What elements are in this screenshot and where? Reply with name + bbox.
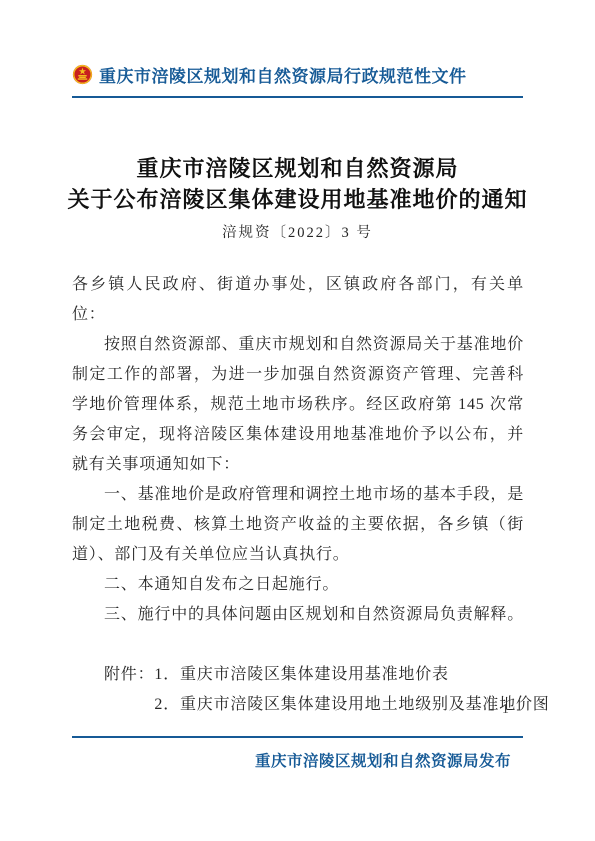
footer-publisher: 重庆市涪陵区规划和自然资源局发布: [255, 749, 511, 771]
document-title-line1: 重庆市涪陵区规划和自然资源局: [30, 153, 565, 184]
header-banner-title: 重庆市涪陵区规划和自然资源局行政规范性文件: [99, 62, 467, 87]
paragraph: 三、施行中的具体问题由区规划和自然资源局负责解释。: [72, 600, 524, 630]
document-title-line2: 关于公布涪陵区集体建设用地基准地价的通知: [30, 184, 565, 215]
header-banner: 重庆市涪陵区规划和自然资源局行政规范性文件: [72, 62, 523, 98]
page-number: - 1 -: [490, 702, 523, 718]
attachment-item: 1．重庆市涪陵区集体建设用基准地价表: [154, 660, 549, 690]
paragraph: 一、基准地价是政府管理和调控土地市场的基本手段，是制定土地税费、核算土地资产收益…: [72, 480, 524, 570]
attachments-block: 附件： 1．重庆市涪陵区集体建设用基准地价表 2．重庆市涪陵区集体建设用地土地级…: [104, 660, 524, 720]
salutation-line: 各乡镇人民政府、街道办事处，区镇政府各部门，有关单位：: [72, 270, 524, 330]
paragraph: 按照自然资源部、重庆市规划和自然资源局关于基准地价制定工作的部署，为进一步加强自…: [72, 330, 524, 480]
document-title: 重庆市涪陵区规划和自然资源局 关于公布涪陵区集体建设用地基准地价的通知: [30, 153, 565, 215]
attachments-label: 附件：: [104, 660, 154, 690]
document-number: 涪规资〔2022〕3 号: [0, 221, 595, 242]
document-body: 各乡镇人民政府、街道办事处，区镇政府各部门，有关单位： 按照自然资源部、重庆市规…: [72, 270, 524, 720]
footer-divider: [72, 736, 523, 738]
national-emblem-icon: [72, 64, 93, 85]
document-page: 重庆市涪陵区规划和自然资源局行政规范性文件 重庆市涪陵区规划和自然资源局 关于公…: [0, 0, 595, 841]
paragraph: 二、本通知自发布之日起施行。: [72, 570, 524, 600]
